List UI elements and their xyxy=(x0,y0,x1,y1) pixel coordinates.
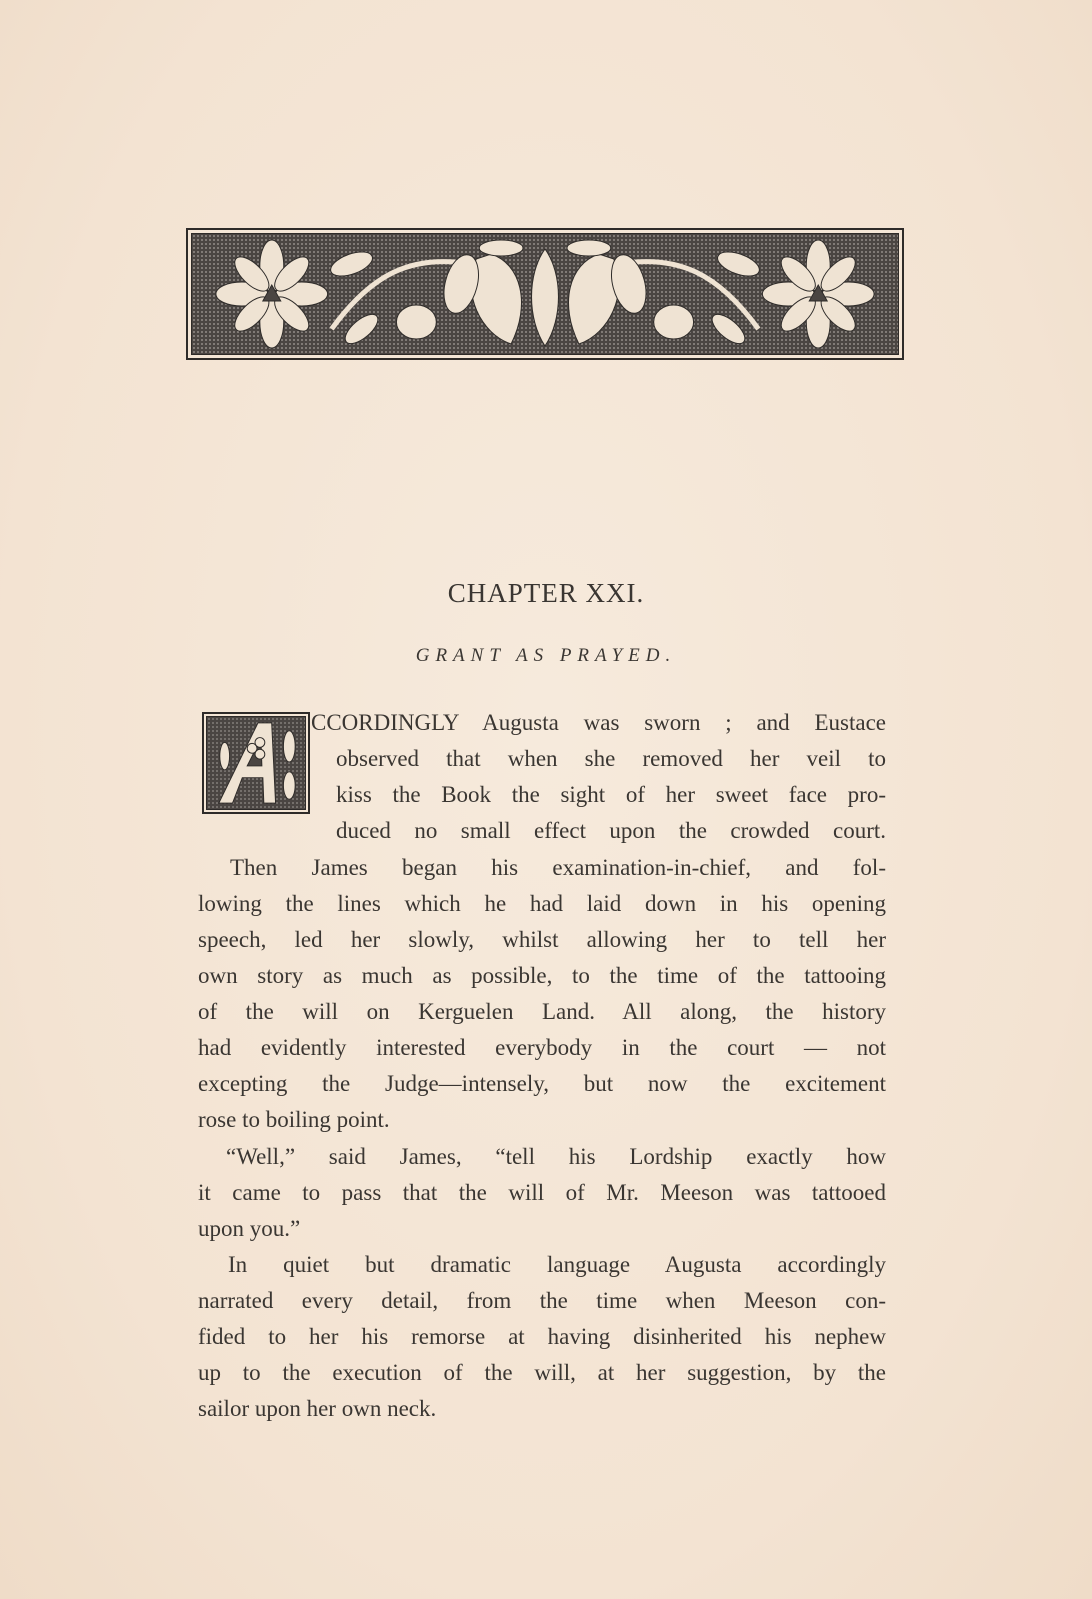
chapter-title: CHAPTER XXI. xyxy=(0,578,1092,609)
floral-ornament-icon xyxy=(191,233,899,355)
text-line: lowing the lines which he had laid down … xyxy=(198,886,886,923)
text-line: kiss the Book the sight of her sweet fac… xyxy=(336,777,886,814)
text-line: CCORDINGLY Augusta was sworn ; and Eusta… xyxy=(311,705,886,742)
text-line: “Well,” said James, “tell his Lordship e… xyxy=(226,1139,886,1176)
ornamental-headpiece xyxy=(186,228,904,360)
text-line: duced no small effect upon the crowded c… xyxy=(336,813,886,850)
text-line: had evidently interested everybody in th… xyxy=(198,1030,886,1067)
text-line: upon you.” xyxy=(198,1211,886,1248)
text-line: up to the execution of the will, at her … xyxy=(198,1355,886,1392)
text-line: In quiet but dramatic language Augusta a… xyxy=(228,1247,886,1284)
text-line: of the will on Kerguelen Land. All along… xyxy=(198,994,886,1031)
text-line: rose to boiling point. xyxy=(198,1102,886,1139)
text-line: observed that when she removed her veil … xyxy=(336,741,886,778)
chapter-subtitle: GRANT AS PRAYED. xyxy=(0,645,1092,667)
text-line: own story as much as possible, to the ti… xyxy=(198,958,886,995)
text-line: fided to her his remorse at having disin… xyxy=(198,1319,886,1356)
drop-cap-letter-icon xyxy=(206,716,306,810)
ornamental-drop-cap xyxy=(202,712,310,814)
book-page: CHAPTER XXI. GRANT AS PRAYED. CCORDINGLY… xyxy=(0,0,1092,1599)
text-line: speech, led her slowly, whilst allowing … xyxy=(198,922,886,959)
text-line: sailor upon her own neck. xyxy=(198,1391,886,1428)
text-line: it came to pass that the will of Mr. Mee… xyxy=(198,1175,886,1212)
text-line: Then James began his examination-in-chie… xyxy=(230,850,886,887)
text-line: excepting the Judge—intensely, but now t… xyxy=(198,1066,886,1103)
text-line: narrated every detail, from the time whe… xyxy=(198,1283,886,1320)
